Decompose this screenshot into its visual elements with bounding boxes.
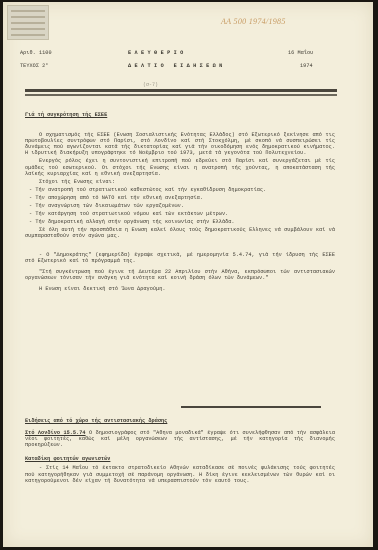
list-intro: Στόχοι τής Ενωσης είναι:: [25, 179, 335, 185]
news-lead: Στό Λονδίνο 15.5.74: [25, 430, 86, 436]
list-item: - Τήν κατάργηση τού στρατιωτικού νόμου κ…: [25, 211, 335, 217]
archive-stamp: [7, 5, 49, 40]
paragraph: Ο σχηματισμός τής ΕΣΕΕ (Ενωση Σοσιαλιστι…: [25, 132, 335, 156]
paragraph: Σέ όλη αυτή τήν προσπάθεια η Ενωση καλεί…: [25, 227, 335, 239]
issue-number: Αριθ. 1100: [20, 50, 52, 56]
section-2: Ειδήσεις από τό χώρο τής αντιστασιακής δ…: [25, 418, 335, 486]
header-left: Αριθ. 1100 ΤΕΥΧΟΣ 2°: [20, 50, 52, 76]
quote: "Στή συγκέντρωση πού έγινε τή Δευτέρα 22…: [25, 269, 335, 281]
date-day: 16 Μαΐου: [288, 50, 313, 56]
pencil-note: (σ-7): [143, 82, 158, 88]
list-item: - Τήν ανατροπή τού στρατιωτικού καθεστώτ…: [25, 187, 335, 193]
section-1: Γιά τή συγκρότηση τής ΕΣΕΕ Ο σχηματισμός…: [25, 112, 335, 294]
list-item: - Τήν αναγνώριση τών δικαιωμάτων τών εργ…: [25, 203, 335, 209]
paragraph: - Στίς 14 Μαΐου τό έκτακτο στρατοδικείο …: [25, 465, 335, 483]
list-item: - Τήν δημοκρατική αλλαγή στήν οργάνωση τ…: [25, 219, 335, 225]
section-1-title: Γιά τή συγκρότηση τής ΕΣΕΕ: [25, 112, 335, 118]
section-divider: [181, 406, 321, 408]
header-date: 16 Μαΐου 1974: [288, 50, 313, 76]
news-entry: Στό Λονδίνο 15.5.74 Ο δημοσιογράφος στό …: [25, 430, 335, 448]
date-year: 1974: [288, 63, 313, 69]
header-title: ΕΛΕΥΘΕΡΙΟ ΔΕΛΤΙΟ ΕΙΔΗΣΕΩΝ: [128, 50, 226, 76]
list-item: - Τήν αποχώρηση από τό ΝΑΤΟ καί τήν εθνι…: [25, 195, 335, 201]
title-line-2: ΔΕΛΤΙΟ ΕΙΔΗΣΕΩΝ: [128, 63, 226, 69]
title-line-1: ΕΛΕΥΘΕΡΙΟ: [128, 50, 226, 56]
header-rule: [25, 89, 337, 92]
archive-mark: ΑΑ 500 1974/1985: [221, 17, 286, 26]
section-2-title: Ειδήσεις από τό χώρο τής αντιστασιακής δ…: [25, 418, 335, 424]
paragraph: Ενεργός ρόλος έχει η συντονιστική επιτρο…: [25, 158, 335, 176]
volume-label: ΤΕΥΧΟΣ 2°: [20, 63, 52, 69]
signature: Η Ενωση είναι δεκτική στό Ίωνα Δραγούμη.: [25, 286, 335, 292]
header-rule-thin: [25, 94, 337, 96]
document-page: ΑΑ 500 1974/1985 Αριθ. 1100 ΤΕΥΧΟΣ 2° ΕΛ…: [3, 2, 373, 547]
quote: - Ο "Δημοκράτης" (εφημερίδα) έγραψε σχετ…: [25, 252, 335, 264]
